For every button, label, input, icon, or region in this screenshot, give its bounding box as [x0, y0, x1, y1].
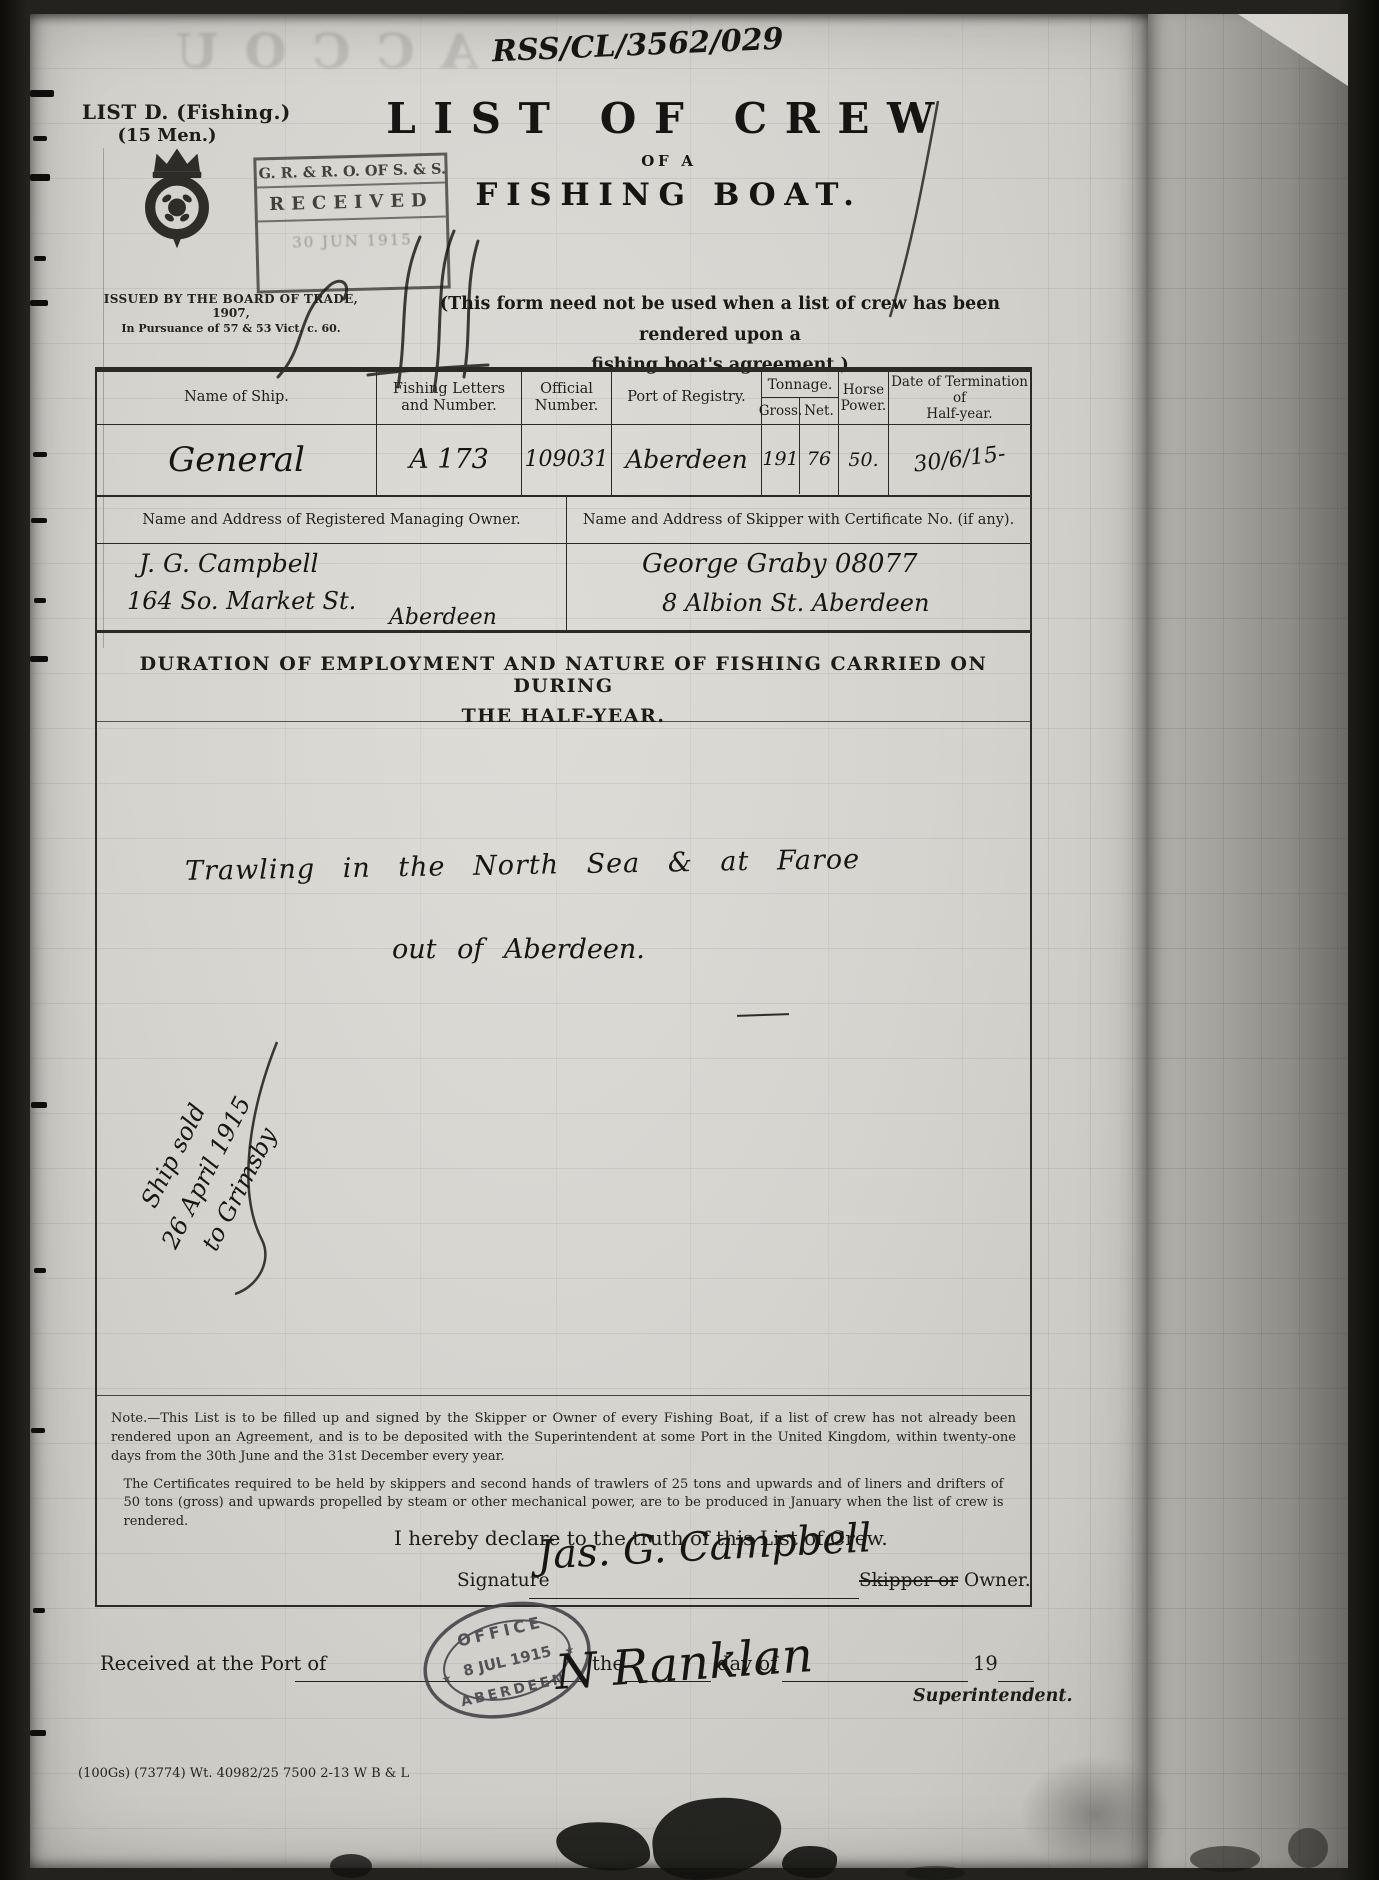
superintendent-label: Superintendent.: [913, 1686, 1073, 1706]
document-title-block: LIST OF CREW OF A FISHING BOAT.: [380, 94, 958, 213]
edge-mark: [30, 90, 54, 97]
header-horse-2: Power.: [841, 398, 886, 414]
duration-heading: DURATION OF EMPLOYMENT AND NATURE OF FIS…: [97, 633, 1030, 722]
footnote-paragraph-2: The Certificates required to be held by …: [124, 1476, 1004, 1533]
value-port-of-registry: Aberdeen: [612, 425, 761, 494]
column-tonnage: Tonnage. Gross. 191 Net. 76: [762, 372, 839, 495]
role-kept-text: Owner.: [958, 1570, 1030, 1591]
edge-mark: [31, 1102, 47, 1108]
duration-entry-line1: Trawling in the North Sea & at Faroe: [185, 844, 861, 887]
column-termination-date: Date of Termination of Half-year. 30/6/1…: [889, 372, 1030, 495]
value-fishing-letters: A 173: [377, 425, 521, 494]
header-fishing-letters: Fishing Letters and Number.: [377, 372, 521, 425]
print-code: (100Gs) (73774) Wt. 40982/25 7500 2-13 W…: [78, 1766, 409, 1781]
ink-blob: [330, 1854, 372, 1878]
edge-mark: [30, 174, 50, 181]
owner-column: Name and Address of Registered Managing …: [97, 497, 567, 630]
column-horse-power: Horse Power. 50.: [839, 372, 889, 495]
header-termination-date: Date of Termination of Half-year.: [889, 372, 1030, 425]
edge-mark: [30, 300, 48, 306]
skipper-column: Name and Address of Skipper with Certifi…: [567, 497, 1030, 630]
header-date-1: Date of Termination of: [891, 374, 1028, 406]
value-horse-power: 50.: [839, 425, 888, 494]
value-net-tonnage: 76: [800, 425, 838, 493]
ink-blob: [782, 1846, 837, 1878]
ink-blob: [1190, 1846, 1260, 1872]
ship-details-table: Name of Ship. General Fishing Letters an…: [97, 372, 1030, 497]
ink-blob: [1288, 1828, 1328, 1868]
column-gross: Gross. 191: [762, 398, 800, 494]
owner-column-label: Name and Address of Registered Managing …: [97, 497, 566, 544]
edge-mark: [31, 1428, 45, 1433]
footnote-section: Note.—This List is to be filled up and s…: [97, 1396, 1030, 1607]
board-of-trade-crest-icon: [138, 146, 216, 256]
owner-skipper-section: Name and Address of Registered Managing …: [97, 497, 1030, 633]
men-count-label: (15 Men.): [82, 125, 252, 146]
issued-by-block: ISSUED BY THE BOARD OF TRADE, 1907, In P…: [76, 292, 386, 335]
list-d-label: LIST D. (Fishing.): [82, 100, 252, 124]
edge-mark: [31, 518, 47, 523]
header-net: Net.: [800, 398, 838, 425]
title-of-a: OF A: [380, 152, 958, 170]
issued-line-2: 1907,: [76, 306, 386, 320]
header-port-of-registry: Port of Registry.: [612, 372, 761, 425]
year-prefix: 19: [973, 1652, 998, 1675]
form-usage-note-line1: (This form need not be used when a list …: [440, 294, 1000, 345]
header-horse-power: Horse Power.: [839, 372, 888, 425]
issued-line-3: In Pursuance of 57 & 53 Vict. c. 60.: [76, 322, 386, 335]
value-gross-tonnage: 191: [762, 425, 799, 493]
header-date-2: Half-year.: [926, 406, 992, 422]
role-label: Skipper or Owner.: [859, 1570, 1031, 1591]
column-official-number: Official Number. 109031: [522, 372, 612, 495]
owner-address-handwriting: 164 So. Market St.: [127, 587, 356, 615]
header-name-of-ship: Name of Ship.: [97, 372, 376, 425]
skipper-name-handwriting: George Graby 08077: [642, 549, 918, 579]
edge-mark: [30, 656, 48, 662]
edge-mark: [33, 452, 47, 457]
received-at-port-label: Received at the Port of: [100, 1652, 326, 1675]
value-name-of-ship: General: [97, 425, 376, 494]
form-series-label: LIST D. (Fishing.) (15 Men.): [82, 100, 252, 146]
edge-mark: [34, 598, 46, 603]
header-horse-1: Horse: [843, 382, 884, 398]
header-official-number: Official Number.: [522, 372, 611, 425]
column-fishing-letters: Fishing Letters and Number. A 173: [377, 372, 522, 495]
edge-mark: [33, 136, 47, 141]
column-name-of-ship: Name of Ship. General: [97, 372, 377, 495]
signature-label: Signature: [457, 1570, 550, 1591]
bleedthrough-text: ACCOU: [48, 24, 478, 80]
main-form-box: Name of Ship. General Fishing Letters an…: [95, 367, 1032, 1607]
ink-blob: [905, 1866, 965, 1880]
corner-smudge: [1020, 1756, 1170, 1872]
page-title: LIST OF CREW: [380, 94, 958, 143]
header-tonnage: Tonnage.: [762, 372, 838, 398]
scanned-document: ACCOU RSS/CL/3562/029 LIST D. (Fishing.)…: [0, 0, 1379, 1880]
pen-flourish: [217, 1032, 287, 1302]
footnote-paragraph-1: Note.—This List is to be filled up and s…: [111, 1410, 1016, 1467]
owner-city-handwriting: Aberdeen: [389, 605, 497, 630]
skipper-column-label: Name and Address of Skipper with Certifi…: [567, 497, 1030, 544]
owner-name-handwriting: J. G. Campbell: [139, 549, 318, 578]
skipper-address-handwriting: 8 Albion St. Aberdeen: [662, 589, 929, 617]
edge-mark: [33, 1608, 45, 1613]
pen-dash: [737, 1013, 789, 1017]
header-gross: Gross.: [762, 398, 799, 425]
role-struck-text: Skipper or: [859, 1570, 958, 1591]
edge-mark: [34, 256, 46, 261]
stamp-office-word: OFFICE: [455, 1612, 545, 1650]
edge-mark: [34, 1268, 46, 1273]
value-termination-date: 30/6/15-: [885, 417, 1032, 503]
duration-entry-area: Trawling in the North Sea & at Faroe out…: [97, 722, 1030, 1396]
title-fishing-boat: FISHING BOAT.: [380, 177, 958, 213]
duration-entry-line2: out of Aberdeen.: [392, 934, 645, 965]
value-official-number: 109031: [522, 425, 611, 494]
duration-heading-line1: DURATION OF EMPLOYMENT AND NATURE OF FIS…: [97, 653, 1030, 697]
stamp-office-date: 8 JUL 1915: [461, 1642, 553, 1680]
column-port-of-registry: Port of Registry. Aberdeen: [612, 372, 762, 495]
stamp-star-left: ★: [440, 1671, 453, 1686]
column-net: Net. 76: [800, 398, 838, 494]
issued-line-1: ISSUED BY THE BOARD OF TRADE,: [76, 292, 386, 306]
year-blank-line: [998, 1681, 1034, 1682]
edge-mark: [30, 1730, 46, 1736]
adjacent-page-edge: [1148, 14, 1348, 1868]
